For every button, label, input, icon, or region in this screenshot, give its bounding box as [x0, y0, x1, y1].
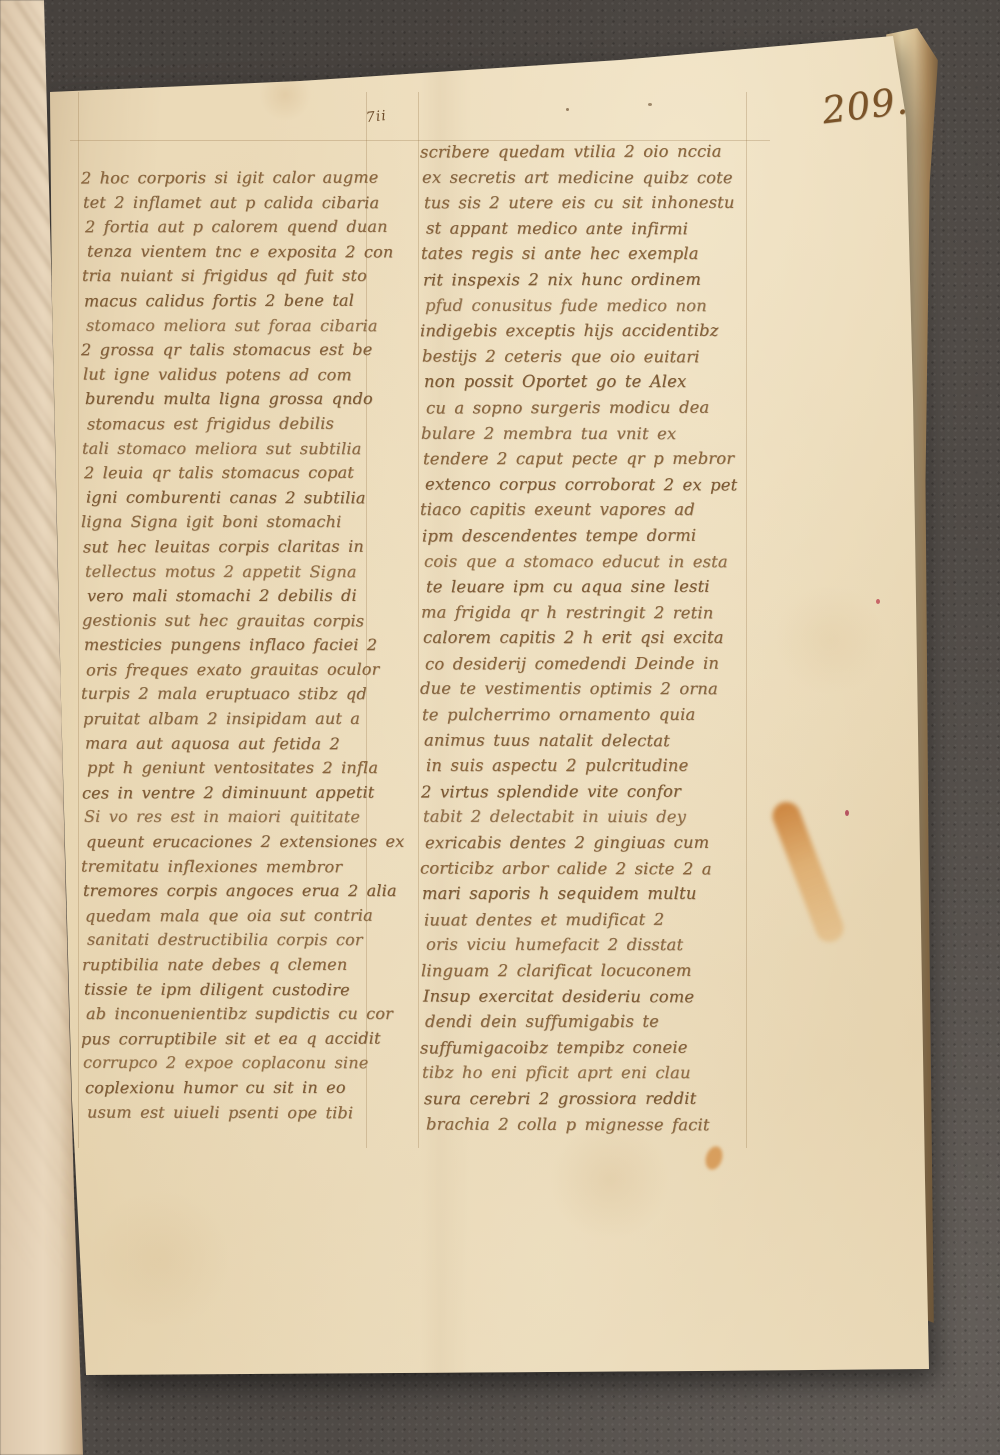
text-line: ab inconuenientibz supdictis cu cor — [86, 1002, 404, 1027]
text-line: ipm descendentes tempe dormi — [422, 522, 760, 549]
folio-number: 209. — [820, 79, 915, 133]
text-line: turpis 2 mala eruptuaco stibz qd — [81, 682, 399, 707]
text-line: in suis aspectu 2 pulcritudine — [426, 753, 764, 779]
text-line: exricabis dentes 2 gingiuas cum — [425, 830, 763, 856]
text-line: dendi dein suffumigabis te — [425, 1009, 763, 1035]
text-line: tellectus motus 2 appetit Signa — [85, 559, 403, 584]
text-line: queunt erucaciones 2 extensiones ex — [86, 830, 404, 855]
red-ink-dot — [876, 599, 880, 604]
text-line: tus sis 2 utere eis cu sit inhonestu — [424, 190, 762, 216]
text-line: tremitatu inflexiones membror — [81, 854, 399, 879]
text-line: quedam mala que oia sut contria — [85, 903, 403, 928]
text-line: non possit Oportet go te Alex — [424, 369, 762, 395]
text-line: igni comburenti canas 2 subtilia — [86, 485, 404, 510]
text-line: gestionis sut hec grauitas corpis — [82, 608, 400, 633]
text-line: ppt h geniunt ventositates 2 infla — [87, 756, 405, 781]
text-line: Si vo res est in maiori quititate — [84, 805, 402, 830]
text-line: te leuare ipm cu aqua sine lesti — [426, 574, 764, 600]
text-line: sura cerebri 2 grossiora reddit — [424, 1086, 762, 1112]
text-line: corticibz arbor calide 2 sicte 2 a — [420, 855, 758, 882]
text-line: pruitat albam 2 insipidam aut a — [83, 707, 401, 732]
text-line: suffumigacoibz tempibz coneie — [420, 1034, 758, 1061]
text-line: bulare 2 membra tua vnit ex — [421, 420, 759, 446]
text-line: extenco corpus corroborat 2 ex pet — [425, 471, 763, 498]
text-line: due te vestimentis optimis 2 orna — [420, 676, 758, 702]
text-line: rit inspexis 2 nix hunc ordinem — [423, 266, 761, 293]
text-line: linguam 2 clarificat locuconem — [421, 958, 759, 984]
text-line: mara aut aquosa aut fetida 2 — [85, 731, 403, 756]
quire-mark: 7ii — [365, 108, 387, 126]
rust-speck — [703, 1144, 726, 1172]
text-line: coplexionu humor cu sit in eo — [85, 1076, 403, 1101]
text-line: oris viciu humefacit 2 disstat — [426, 932, 764, 958]
text-line: ces in ventre 2 diminuunt appetit — [82, 780, 400, 805]
text-line: cois que a stomaco educut in esta — [424, 548, 762, 574]
text-column-right: scribere quedam vtilia 2 oio ncciaex sec… — [423, 139, 761, 1137]
rust-stain — [768, 798, 847, 946]
text-line: tenza vientem tnc e exposita 2 con — [87, 239, 405, 264]
text-line: calorem capitis 2 h erit qsi excita — [423, 625, 761, 651]
text-line: sanitati destructibilia corpis cor — [87, 928, 405, 953]
text-line: tali stomaco meliora sut subtilia — [82, 436, 400, 461]
text-line: co desiderij comedendi Deinde in — [425, 650, 763, 677]
text-line: stomacus est frigidus debilis — [87, 411, 405, 436]
text-line: 2 hoc corporis si igit calor augme — [81, 166, 399, 191]
text-column-left: 2 hoc corporis si igit calor augmetet 2 … — [84, 166, 402, 1125]
ruling-line — [70, 140, 770, 141]
text-line: tet 2 inflamet aut p calida cibaria — [83, 190, 401, 215]
ink-speck — [566, 108, 569, 111]
manuscript-page: 7ii 209. 2 hoc corporis si igit calor au… — [0, 0, 1000, 1455]
text-line: usum est uiueli psenti ope tibi — [87, 1100, 405, 1125]
text-line: animus tuus natalit delectat — [424, 727, 762, 754]
text-line: tabit 2 delectabit in uiuis dey — [423, 804, 761, 830]
text-line: vero mali stomachi 2 debilis di — [87, 584, 405, 609]
text-line: stomaco meliora sut foraa cibaria — [86, 313, 404, 338]
text-line: scribere quedam vtilia 2 oio nccia — [420, 139, 758, 166]
text-line: burendu multa ligna grossa qndo — [85, 387, 403, 412]
ruling-line — [746, 92, 747, 1148]
text-line: lut igne validus potens ad com — [83, 362, 401, 387]
text-line: st appant medico ante infirmi — [426, 215, 764, 242]
text-line: macus calidus fortis 2 bene tal — [84, 289, 402, 314]
text-line: Insup exercitat desideriu come — [423, 983, 761, 1010]
text-line: bestijs 2 ceteris que oio euitari — [422, 343, 760, 370]
text-line: tendere 2 caput pecte qr p mebror — [423, 446, 761, 472]
ruling-line — [366, 92, 367, 1148]
text-line: oris freques exato grauitas oculor — [86, 657, 404, 682]
text-line: ruptibilia nate debes q clemen — [82, 953, 400, 978]
text-line: mari saporis h sequidem multu — [422, 881, 760, 907]
text-line: corrupco 2 expoe coplaconu sine — [83, 1051, 401, 1076]
text-line: tremores corpis angoces erua 2 alia — [83, 879, 401, 904]
text-line: sut hec leuitas corpis claritas in — [83, 534, 401, 559]
text-line: tiaco capitis exeunt vapores ad — [420, 497, 758, 523]
red-ink-dot — [845, 810, 849, 816]
text-line: tissie te ipm diligent custodire — [84, 977, 402, 1002]
text-line: 2 virtus splendide vite confor — [421, 778, 759, 805]
text-line: 2 fortia aut p calorem quend duan — [85, 215, 403, 240]
text-line: te pulcherrimo ornamento quia — [422, 702, 760, 728]
text-line: 2 grossa qr talis stomacus est be — [81, 338, 399, 363]
text-line: 2 leuia qr talis stomacus copat — [84, 461, 402, 486]
text-line: iuuat dentes et mudificat 2 — [424, 906, 762, 933]
ruling-line — [418, 92, 419, 1148]
text-line: cu a sopno surgeris modicu dea — [426, 394, 764, 421]
ruling-line — [78, 92, 79, 1148]
text-line: tibz ho eni pficit aprt eni clau — [422, 1060, 760, 1086]
text-line: tria nuiant si frigidus qd fuit sto — [82, 264, 400, 289]
text-line: mesticies pungens inflaco faciei 2 — [84, 633, 402, 658]
text-line: pus corruptibile sit et ea q accidit — [81, 1026, 399, 1051]
text-line: tates regis si ante hec exempla — [421, 241, 759, 267]
text-line: ma frigida qr h restringit 2 retin — [421, 599, 759, 626]
ink-speck — [648, 103, 652, 106]
text-line: pfud conusitus fude medico non — [425, 292, 763, 318]
parchment-surface: 7ii 209. 2 hoc corporis si igit calor au… — [0, 0, 1000, 1455]
text-line: ex secretis art medicine quibz cote — [422, 164, 760, 190]
text-line: ligna Signa igit boni stomachi — [81, 510, 399, 535]
text-line: indigebis exceptis hijs accidentibz — [420, 318, 758, 344]
text-line: brachia 2 colla p mignesse facit — [426, 1111, 764, 1138]
